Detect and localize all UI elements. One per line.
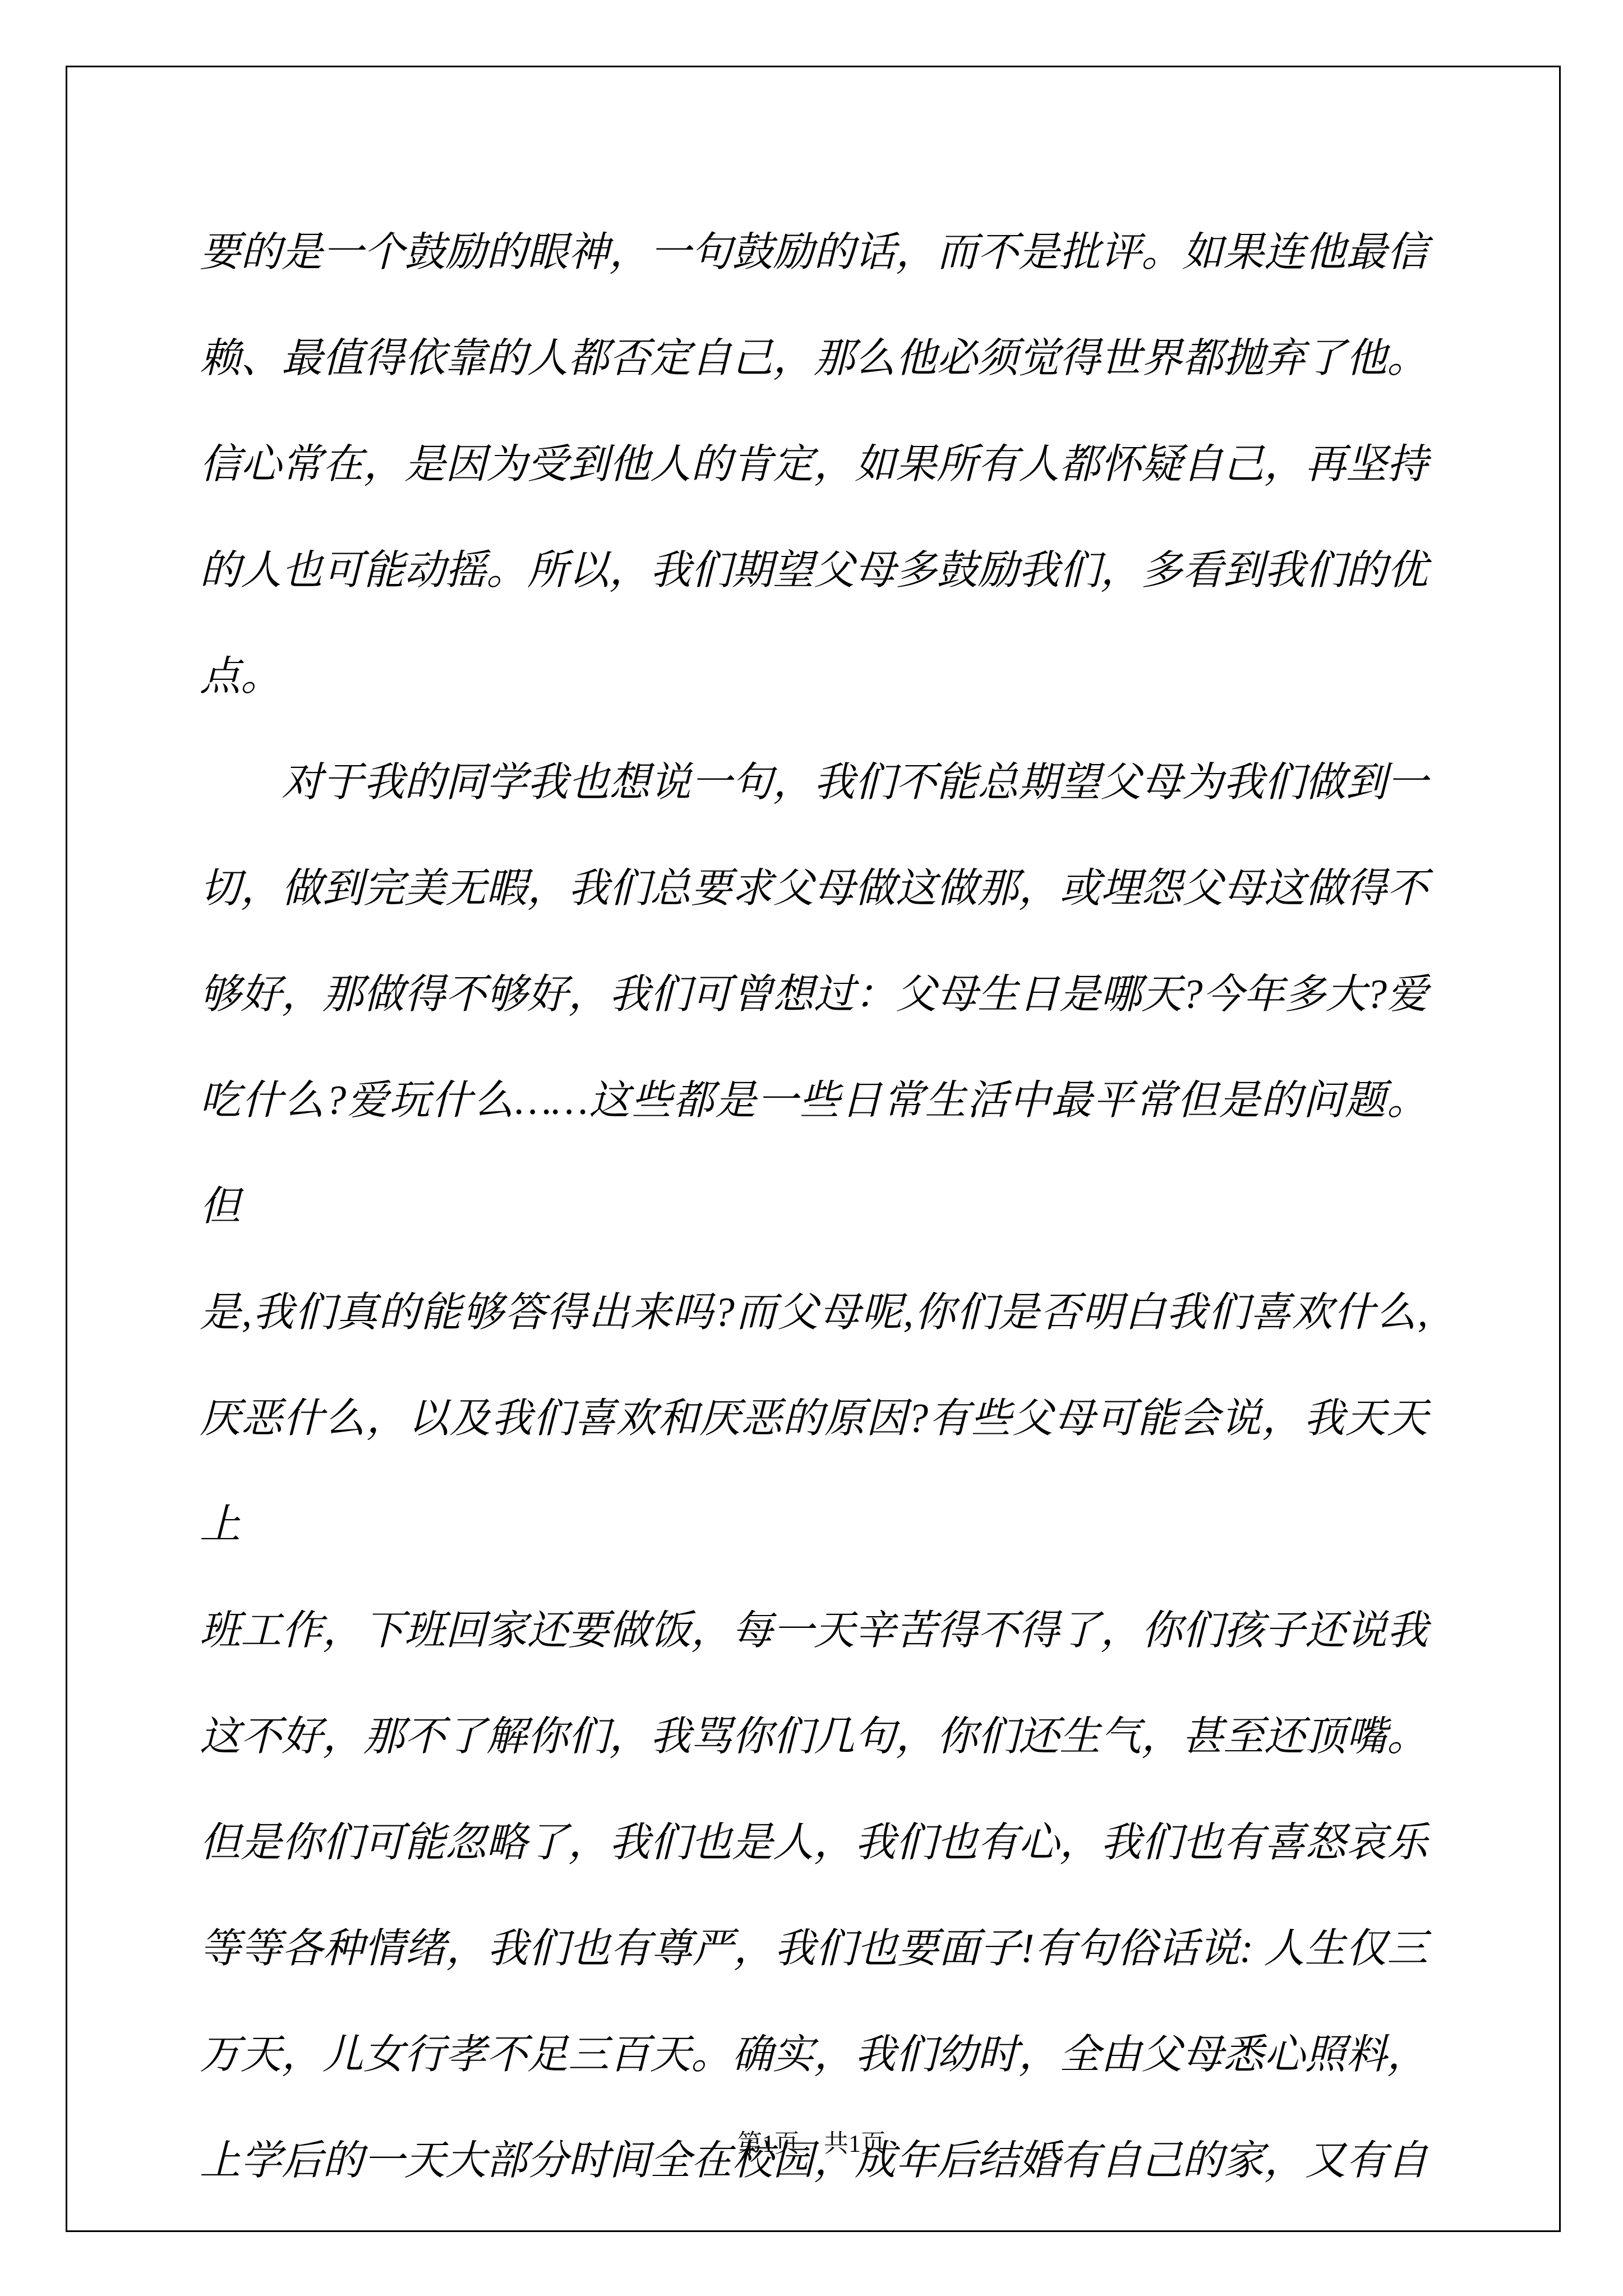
text-line: 万天，儿女行孝不足三百天。确实，我们幼时，全由父母悉心照料， bbox=[200, 2001, 1428, 2108]
page-footer: 第1页 共1页 bbox=[0, 2131, 1623, 2157]
text-line: 但是你们可能忽略了，我们也是人，我们也有心，我们也有喜怒哀乐 bbox=[200, 1789, 1428, 1895]
text-line: 等等各种情绪，我们也有尊严，我们也要面子!有句俗话说: 人生仅三 bbox=[200, 1895, 1428, 2001]
text-line: 这不好，那不了解你们，我骂你们几句，你们还生气，甚至还顶嘴。 bbox=[200, 1683, 1428, 1789]
text-line: 够好，那做得不够好，我们可曾想过：父母生日是哪天?今年多大?爱 bbox=[200, 941, 1428, 1047]
text-line: 点。 bbox=[200, 623, 1428, 729]
text-line: 切，做到完美无暇，我们总要求父母做这做那，或埋怨父母这做得不 bbox=[200, 835, 1428, 941]
document-page: 要的是一个鼓励的眼神，一句鼓励的话，而不是批评。如果连他最信赖、最值得依靠的人都… bbox=[0, 0, 1623, 2296]
text-line: 信心常在，是因为受到他人的肯定，如果所有人都怀疑自己，再坚持 bbox=[200, 411, 1428, 517]
text-line: 吃什么?爱玩什么……这些都是一些日常生活中最平常但是的问题。但 bbox=[200, 1047, 1428, 1259]
text-line: 对于我的同学我也想说一句，我们不能总期望父母为我们做到一 bbox=[200, 729, 1428, 835]
text-line: 赖、最值得依靠的人都否定自己，那么他必须觉得世界都抛弃了他。 bbox=[200, 305, 1428, 411]
text-line: 的人也可能动摇。所以，我们期望父母多鼓励我们，多看到我们的优 bbox=[200, 517, 1428, 623]
text-line: 是,我们真的能够答得出来吗?而父母呢,你们是否明白我们喜欢什么, bbox=[200, 1259, 1428, 1365]
text-line: 上学后的一天大部分时间全在校园，成年后结婚有自己的家，又有自 bbox=[200, 2108, 1428, 2214]
text-line: 班工作，下班回家还要做饭，每一天辛苦得不得了，你们孩子还说我 bbox=[200, 1577, 1428, 1683]
document-body: 要的是一个鼓励的眼神，一句鼓励的话，而不是批评。如果连他最信赖、最值得依靠的人都… bbox=[200, 199, 1428, 2214]
text-line: 厌恶什么，以及我们喜欢和厌恶的原因?有些父母可能会说，我天天上 bbox=[200, 1365, 1428, 1577]
text-line: 要的是一个鼓励的眼神，一句鼓励的话，而不是批评。如果连他最信 bbox=[200, 199, 1428, 305]
